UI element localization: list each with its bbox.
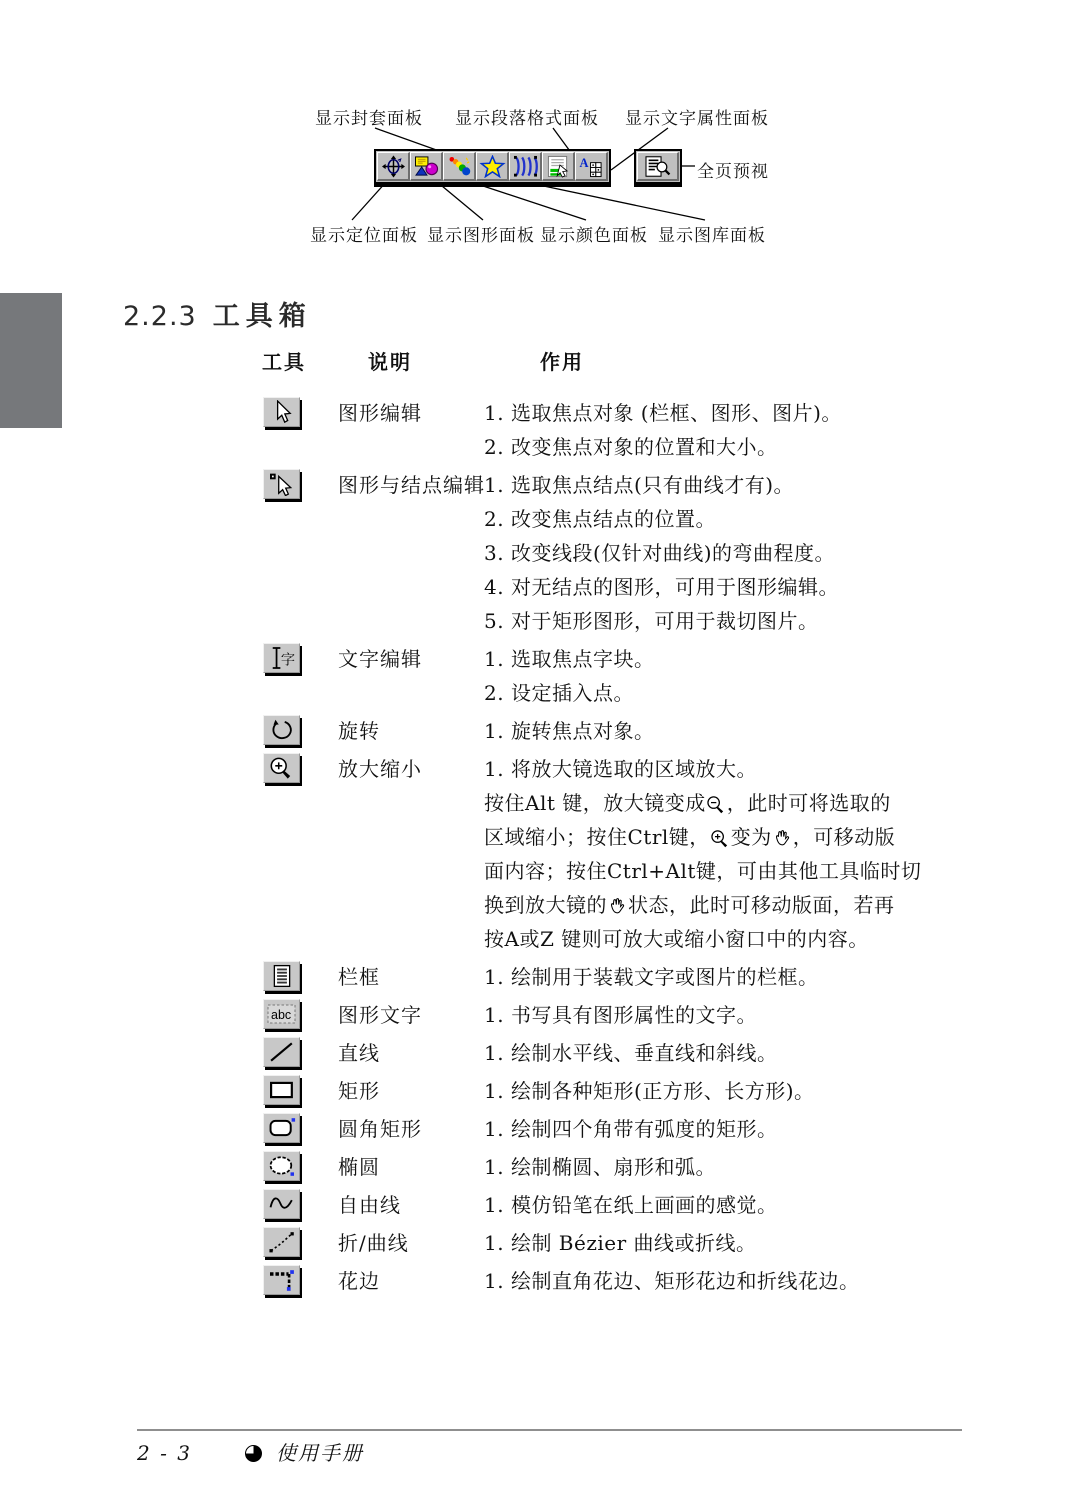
manual-bullet-icon — [245, 1445, 262, 1462]
tool-name: 自由线 — [338, 1188, 484, 1222]
action-line: 按A或Z 键则可放大或缩小窗口中的内容。 — [484, 922, 983, 956]
zoom-in-icon — [710, 829, 731, 848]
manual-page: { "page": { "section_number": "2.2.3", "… — [0, 0, 1073, 1488]
table-row: abc图形文字1. 书写具有图形属性的文字。 — [243, 998, 983, 1032]
table-row: 自由线1. 模仿铅笔在纸上画画的感觉。 — [243, 1188, 983, 1222]
action-line: 1. 书写具有图形属性的文字。 — [484, 998, 983, 1032]
action-line: 1. 绘制直角花边、矩形花边和折线花边。 — [484, 1264, 983, 1298]
manual-label: 使用手册 — [276, 1441, 364, 1465]
label-positioning-panel: 显示定位面板 — [310, 221, 418, 246]
star-icon — [479, 155, 506, 178]
rectangle-icon[interactable] — [263, 1075, 300, 1105]
select-cursor-icon[interactable] — [263, 397, 300, 427]
tool-actions: 1. 绘制直角花边、矩形花边和折线花边。 — [484, 1264, 983, 1298]
action-line: 1. 选取焦点结点(只有曲线才有)。 — [484, 468, 983, 502]
action-line: 按住Alt 键，放大镜变成，此时可将选取的 — [484, 786, 983, 820]
page-preview-icon — [644, 155, 671, 178]
rotate-icon[interactable] — [263, 715, 300, 745]
header-tool: 工具 — [243, 349, 368, 375]
tool-name: 直线 — [338, 1036, 484, 1070]
graphics-panel-button[interactable] — [410, 152, 443, 181]
tool-actions: 1. 绘制四个角带有弧度的矩形。 — [484, 1112, 983, 1146]
tool-name: 圆角矩形 — [338, 1112, 484, 1146]
action-line: 5. 对于矩形图形，可用于裁切图片。 — [484, 604, 983, 638]
table-rows: 图形编辑1. 选取焦点对象 (栏框、图形、图片)。2. 改变焦点对象的位置和大小… — [243, 396, 983, 1298]
panel-preview — [634, 149, 682, 187]
tool-name: 旋转 — [338, 714, 484, 748]
tool-name: 矩形 — [338, 1074, 484, 1108]
graphics-icon — [413, 155, 440, 178]
hand-icon — [772, 829, 793, 848]
action-line: 1. 绘制用于装载文字或图片的栏框。 — [484, 960, 983, 994]
envelope-grid-icon — [512, 155, 539, 178]
tool-actions: 1. 旋转焦点对象。 — [484, 714, 983, 748]
paragraph-icon — [545, 155, 572, 178]
node-edit-cursor-icon[interactable] — [263, 469, 300, 499]
action-line: 4. 对无结点的图形，可用于图形编辑。 — [484, 570, 983, 604]
svg-text:abc: abc — [271, 1008, 291, 1022]
color-panel-button[interactable] — [443, 152, 476, 181]
text-attributes-panel-button[interactable]: A — [575, 152, 608, 181]
tool-icon-cell — [243, 1226, 338, 1258]
crosshair-icon — [380, 155, 407, 178]
table-row: 折/曲线1. 绘制 Bézier 曲线或折线。 — [243, 1226, 983, 1260]
tool-icon-cell — [243, 468, 338, 500]
table-row: 椭圆1. 绘制椭圆、扇形和弧。 — [243, 1150, 983, 1184]
svg-text:A: A — [579, 155, 588, 169]
table-row: 矩形1. 绘制各种矩形(正方形、长方形)。 — [243, 1074, 983, 1108]
action-line: 1. 绘制各种矩形(正方形、长方形)。 — [484, 1074, 983, 1108]
freehand-icon[interactable] — [263, 1189, 300, 1219]
tool-actions: 1. 绘制各种矩形(正方形、长方形)。 — [484, 1074, 983, 1108]
tool-icon-cell — [243, 1264, 338, 1296]
tool-actions: 1. 绘制椭圆、扇形和弧。 — [484, 1150, 983, 1184]
abc-text-icon[interactable]: abc — [263, 999, 300, 1029]
library-panel-button[interactable] — [476, 152, 509, 181]
table-row: 直线1. 绘制水平线、垂直线和斜线。 — [243, 1036, 983, 1070]
zoom-tool-icon[interactable] — [263, 753, 300, 783]
table-row: 图形与结点编辑1. 选取焦点结点(只有曲线才有)。2. 改变焦点结点的位置。3.… — [243, 468, 983, 638]
label-library-panel: 显示图库面板 — [658, 221, 766, 246]
tool-actions: 1. 选取焦点字块。2. 设定插入点。 — [484, 642, 983, 710]
rounded-rectangle-icon[interactable] — [263, 1113, 300, 1143]
table-row: 旋转1. 旋转焦点对象。 — [243, 714, 983, 748]
tool-actions: 1. 书写具有图形属性的文字。 — [484, 998, 983, 1032]
ellipse-icon[interactable] — [263, 1151, 300, 1181]
tool-icon-cell — [243, 752, 338, 784]
table-row: 花边1. 绘制直角花边、矩形花边和折线花边。 — [243, 1264, 983, 1298]
tool-name: 放大缩小 — [338, 752, 484, 786]
tool-icon-cell — [243, 960, 338, 992]
header-description: 说明 — [368, 349, 540, 375]
table-row: 栏框1. 绘制用于装载文字或图片的栏框。 — [243, 960, 983, 994]
tool-actions: 1. 选取焦点对象 (栏框、图形、图片)。2. 改变焦点对象的位置和大小。 — [484, 396, 983, 464]
label-paragraph-panel: 显示段落格式面板 — [455, 104, 599, 129]
action-line: 换到放大镜的状态，此时可移动版面，若再 — [484, 888, 983, 922]
color-comet-icon — [446, 155, 473, 178]
tool-icon-cell — [243, 1188, 338, 1220]
hand-icon — [607, 897, 628, 916]
tool-name: 图形与结点编辑 — [338, 468, 484, 502]
footer-rule — [137, 1429, 962, 1431]
action-line: 1. 绘制四个角带有弧度的矩形。 — [484, 1112, 983, 1146]
tools-table: 工具 说明 作用 图形编辑1. 选取焦点对象 (栏框、图形、图片)。2. 改变焦… — [243, 349, 983, 1302]
action-line: 1. 绘制椭圆、扇形和弧。 — [484, 1150, 983, 1184]
label-textattr-panel: 显示文字属性面板 — [625, 104, 769, 129]
table-row: 字文字编辑1. 选取焦点字块。2. 设定插入点。 — [243, 642, 983, 710]
tool-icon-cell — [243, 1074, 338, 1106]
tool-actions: 1. 将放大镜选取的区域放大。按住Alt 键，放大镜变成，此时可将选取的区域缩小… — [484, 752, 983, 956]
tool-name: 文字编辑 — [338, 642, 484, 676]
action-line: 2. 改变焦点结点的位置。 — [484, 502, 983, 536]
table-row: 放大缩小1. 将放大镜选取的区域放大。按住Alt 键，放大镜变成，此时可将选取的… — [243, 752, 983, 956]
tool-actions: 1. 选取焦点结点(只有曲线才有)。2. 改变焦点结点的位置。3. 改变线段(仅… — [484, 468, 983, 638]
tool-name: 图形文字 — [338, 998, 484, 1032]
envelope-panel-button[interactable] — [509, 152, 542, 181]
tool-icon-cell — [243, 396, 338, 428]
frame-icon[interactable] — [263, 961, 300, 991]
chapter-edge-tab — [0, 293, 62, 428]
svg-text:字: 字 — [280, 653, 294, 669]
positioning-panel-button[interactable] — [377, 152, 410, 181]
action-line: 面内容；按住Ctrl+Alt键，可由其他工具临时切 — [484, 854, 983, 888]
tool-icon-cell — [243, 1150, 338, 1182]
zoom-out-icon — [706, 795, 727, 814]
text-attributes-icon: A — [578, 155, 605, 178]
text-edit-icon[interactable]: 字 — [263, 643, 300, 673]
label-graphics-panel: 显示图形面板 — [427, 221, 535, 246]
action-line: 2. 改变焦点对象的位置和大小。 — [484, 430, 983, 464]
table-header: 工具 说明 作用 — [243, 349, 983, 375]
tool-icon-cell: 字 — [243, 642, 338, 674]
tool-icon-cell — [243, 1112, 338, 1144]
tool-actions: 1. 绘制 Bézier 曲线或折线。 — [484, 1226, 983, 1260]
tool-name: 折/曲线 — [338, 1226, 484, 1260]
action-line: 1. 将放大镜选取的区域放大。 — [484, 752, 983, 786]
footer: 2 - 3使用手册 — [137, 1437, 967, 1466]
page-number: 2 - 3 — [137, 1441, 245, 1465]
action-line: 1. 绘制 Bézier 曲线或折线。 — [484, 1226, 983, 1260]
label-full-page-preview: 全页预视 — [697, 157, 769, 182]
action-line: 区域缩小；按住Ctrl键，变为，可移动版 — [484, 820, 983, 854]
action-line: 1. 旋转焦点对象。 — [484, 714, 983, 748]
polyline-icon[interactable] — [263, 1227, 300, 1257]
tool-actions: 1. 绘制用于装载文字或图片的栏框。 — [484, 960, 983, 994]
tool-name: 栏框 — [338, 960, 484, 994]
panel-toolbar: A — [374, 149, 611, 187]
section-heading: 2.2.3工具箱 — [123, 294, 312, 333]
action-line: 1. 模仿铅笔在纸上画画的感觉。 — [484, 1188, 983, 1222]
label-color-panel: 显示颜色面板 — [540, 221, 648, 246]
border-lace-icon[interactable] — [263, 1265, 300, 1295]
tool-icon-cell — [243, 714, 338, 746]
action-line: 1. 选取焦点字块。 — [484, 642, 983, 676]
tool-name: 椭圆 — [338, 1150, 484, 1184]
tool-icon-cell — [243, 1036, 338, 1068]
action-line: 3. 改变线段(仅针对曲线)的弯曲程度。 — [484, 536, 983, 570]
section-title: 工具箱 — [213, 301, 312, 332]
paragraph-format-panel-button[interactable] — [542, 152, 575, 181]
tool-name: 图形编辑 — [338, 396, 484, 430]
tool-name: 花边 — [338, 1264, 484, 1298]
tool-icon-cell: abc — [243, 998, 338, 1030]
label-envelope-panel: 显示封套面板 — [315, 104, 423, 129]
table-row: 图形编辑1. 选取焦点对象 (栏框、图形、图片)。2. 改变焦点对象的位置和大小… — [243, 396, 983, 464]
tool-actions: 1. 模仿铅笔在纸上画画的感觉。 — [484, 1188, 983, 1222]
action-line: 2. 设定插入点。 — [484, 676, 983, 710]
action-line: 1. 绘制水平线、垂直线和斜线。 — [484, 1036, 983, 1070]
section-number: 2.2.3 — [123, 301, 197, 332]
full-page-preview-button[interactable] — [637, 152, 679, 181]
table-row: 圆角矩形1. 绘制四个角带有弧度的矩形。 — [243, 1112, 983, 1146]
header-function: 作用 — [540, 349, 983, 375]
tool-actions: 1. 绘制水平线、垂直线和斜线。 — [484, 1036, 983, 1070]
action-line: 1. 选取焦点对象 (栏框、图形、图片)。 — [484, 396, 983, 430]
line-icon[interactable] — [263, 1037, 300, 1067]
